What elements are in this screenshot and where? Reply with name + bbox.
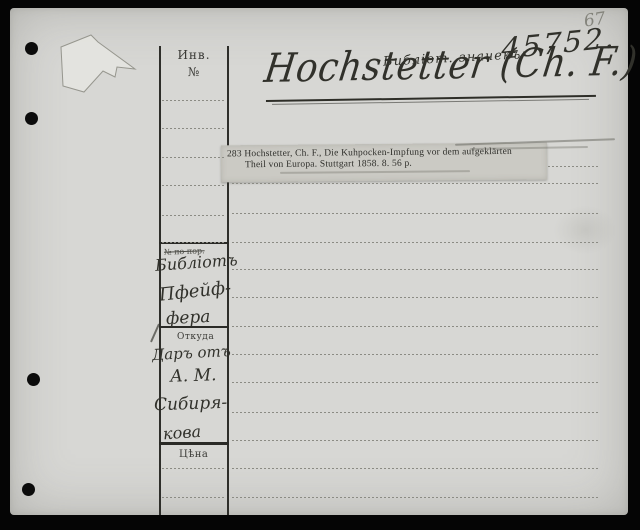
origin-field-label: Откуда bbox=[177, 332, 214, 342]
ruled-line bbox=[162, 128, 226, 129]
inventory-label-line2: № bbox=[162, 64, 226, 81]
ruled-line bbox=[232, 326, 598, 327]
ruled-line bbox=[162, 215, 226, 216]
scanned-catalog-card-page: Инв. № № по пор. Библіотъ Пфейф- фера От… bbox=[0, 0, 640, 530]
punch-hole bbox=[25, 112, 38, 125]
ruled-line bbox=[162, 242, 226, 243]
ruled-line bbox=[232, 497, 598, 498]
origin-handwriting-line: А. М. bbox=[170, 365, 217, 387]
inventory-label-line1: Инв. bbox=[162, 47, 226, 64]
ruled-line bbox=[232, 269, 598, 270]
ruled-line bbox=[162, 185, 226, 186]
ruled-line bbox=[232, 382, 598, 383]
origin-handwriting-line: Сибиря- bbox=[154, 393, 228, 416]
origin-handwriting-line: кова bbox=[162, 422, 201, 444]
ruled-line bbox=[232, 213, 598, 214]
torn-paper-remnant bbox=[53, 33, 139, 95]
collection-handwriting-line: фера bbox=[166, 307, 211, 329]
punch-hole bbox=[22, 483, 35, 496]
ruled-line bbox=[232, 468, 598, 469]
price-field-label: Цѣна bbox=[179, 449, 208, 460]
ruled-line bbox=[162, 468, 226, 469]
ruled-line bbox=[162, 100, 226, 101]
slip-text-line2: Theil von Europa. Stuttgart 1858. 8. 56 … bbox=[227, 158, 541, 172]
ruled-line bbox=[162, 497, 226, 498]
ruled-line bbox=[548, 166, 598, 167]
ruled-line bbox=[232, 354, 598, 355]
ruled-line bbox=[232, 242, 598, 243]
ruled-line bbox=[232, 412, 598, 413]
inventory-number-header: Инв. № bbox=[162, 47, 226, 81]
ruled-line bbox=[162, 157, 226, 158]
punch-hole bbox=[25, 42, 38, 55]
scan-stain bbox=[540, 195, 630, 265]
punch-hole bbox=[27, 373, 40, 386]
ruled-line bbox=[232, 297, 598, 298]
ruled-line bbox=[232, 183, 598, 184]
author-heading: Hochstetter (Ch. F.) bbox=[262, 39, 640, 92]
ruled-line bbox=[232, 440, 598, 441]
